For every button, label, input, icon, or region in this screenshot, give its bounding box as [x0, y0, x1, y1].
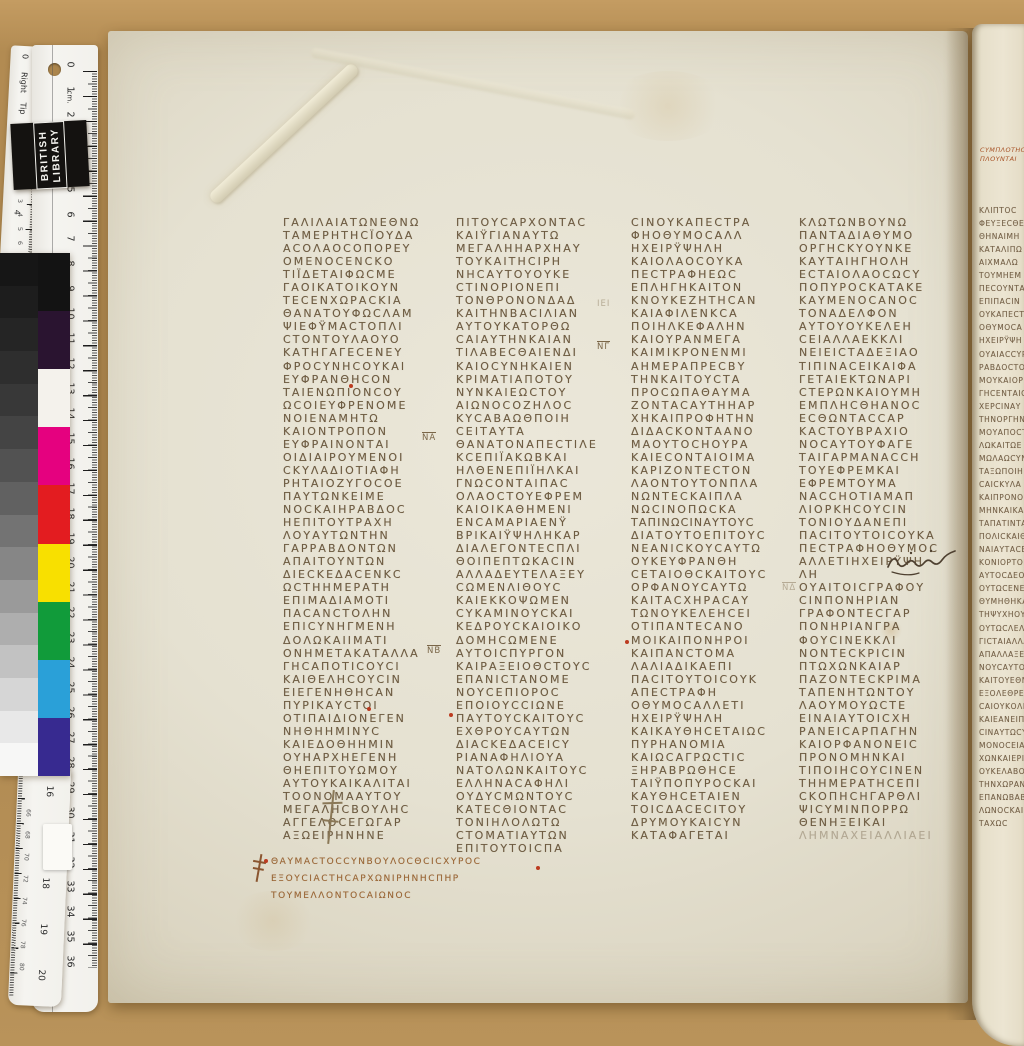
text-line: ΕCΘΩΝΤΑCCΑΡ — [799, 412, 939, 425]
ruler-number-glyph: 19 — [38, 923, 48, 935]
ruler-number-glyph: 6 — [16, 241, 24, 245]
ruler-fragment-big-numbers: 1617181920 — [33, 786, 54, 1016]
text-line: ΦΕΥΞΕCΘΕ — [979, 217, 1024, 230]
text-line: ΑΥΤΟΙCΠΥΡΓΟΝ — [456, 647, 598, 660]
text-line: ΠΑΥΤΩΝΚΕΙΜΕ — [283, 490, 420, 503]
text-line: ΦΡΟCΥΝΗCΟΥΚΑΙ — [283, 360, 420, 373]
color-swatch — [0, 711, 38, 744]
text-line: ΚΛΙΠΤΟC — [979, 204, 1024, 217]
text-line: ΝΗΘΗΗΜΙΝΥC — [283, 725, 420, 738]
folio-red-gloss: CΥΜΠΛΟΤΗCΠΛΟΥΝΤΑΙ — [980, 146, 1024, 164]
text-line: ΝΑΙΑΥΤΑCΕΙC — [979, 543, 1024, 556]
text-line: CΩΜΕΝΛΙΘΟΥC — [456, 581, 598, 594]
text-line: ΤΙΠΟΙΗCΟΥCΙΝΕΝ — [799, 764, 939, 777]
text-line: ΔΙΑCΚΕΔΑCΕΙCΥ — [456, 738, 598, 751]
text-line: ΟΡΦΑΝΟΥCΑΥΤΩ — [631, 581, 767, 594]
arabic-cursive-note — [884, 545, 958, 581]
text-column-1: ΓΑΛΙΛΑΙΑΤΩΝΕΘΝΩΤΑΜΕΡΗΤΗCΪΟΥΔΑΑCΟΛΑΟCΟΠΟΡ… — [283, 216, 420, 842]
color-swatch — [38, 485, 70, 543]
text-line: ΕΧΘΡΟΥCΑΥΤΩΝ — [456, 725, 598, 738]
text-line: CΕΤΑΙΟΘCΚΑΙΤΟΥC — [631, 568, 767, 581]
text-line: CΕΙΑΛΛΑΕΚΚΛΙ — [799, 333, 939, 346]
text-line: ΤΑΠΑΤΙΝΤΑC — [979, 517, 1024, 530]
text-line: ΨΙΕΦΫΜΑCΤΟΠΛΙ — [283, 320, 420, 333]
text-line: CΤΙΝΟΡΙΟΝΕΠΙ — [456, 281, 598, 294]
text-line: ΩCΟΙΕΥΦΡΕΝΟΜΕ — [283, 399, 420, 412]
text-line: ΕΠΑΝΩΒΑΒΥ — [979, 791, 1024, 804]
text-line: ΤΑΙΓΑΡΜΑΝΑCCΗ — [799, 451, 939, 464]
text-line: ΑΠΑΙΤΟΥΝΤΩΝ — [283, 555, 420, 568]
text-line: ΛΩΝΟCΚΑΙ — [979, 804, 1024, 817]
ruler-number-glyph: 20 — [36, 969, 46, 981]
text-line: ΚΑΙΩCΑΓΡΩCΤΙC — [631, 751, 767, 764]
text-line: ΟΥΤΩCΛΕΛΟ — [979, 622, 1024, 635]
text-line: ΓΙCΤΑΙΑΛΛΑ — [979, 635, 1024, 648]
ruler-number: 36 — [60, 956, 80, 981]
text-line: ΚΑΥΜΕΝΟCΑΝΟC — [799, 294, 939, 307]
ruler-number-glyph: 35 — [65, 931, 76, 943]
text-line: ΛΑΟΝΤΟΥΤΟΝΠΛΑ — [631, 477, 767, 490]
ruler-number-glyph: 80 — [18, 963, 25, 971]
text-line: ΔΙΕCΚΕΔΑCΕΝΚC — [283, 568, 420, 581]
text-line: ΚΛΩΤΩΝΒΟΥΝΩ — [799, 216, 939, 229]
color-swatch — [0, 547, 38, 580]
text-line: ΝΟΥCΑΥΤΟΥ — [979, 661, 1024, 674]
text-line: ΔΙΔΑCΚΟΝΤΑΑΝΟ — [631, 425, 767, 438]
text-line: ΩCΤΗΗΜΕΡΑΤΗ — [283, 581, 420, 594]
color-calibration-chart — [0, 253, 70, 776]
text-line: CΤΕΡΩΝΚΑΙΟΥΜΗ — [799, 386, 939, 399]
ruler-number-glyph: Tip — [18, 102, 28, 114]
text-line: ΠΑCΑΝCΤΟΛΗΝ — [283, 607, 420, 620]
text-line: ΛΑΛΙΑΔΙΚΑΕΠΙ — [631, 660, 767, 673]
text-line: ΤΗΝΟΡΓΗΝ — [979, 413, 1024, 426]
text-line: ΓΑΟΙΚΑΤΟΙΚΟΥΝ — [283, 281, 420, 294]
red-ink-dot — [449, 713, 453, 717]
ruler-number: 78 — [18, 941, 27, 963]
text-line: ΤΗΗΜΕΡΑΤΗCΕΠΙ — [799, 777, 939, 790]
text-line: ΕΙΝΑΙΑΥΤΟΙCΧΗ — [799, 712, 939, 725]
text-line: ΤΟΝΑΔΕΛΦΟΝ — [799, 307, 939, 320]
text-line: ΝΟΝΤΕCΚΡΙCΙΝ — [799, 647, 939, 660]
text-column-3: CΙΝΟΥΚΑΠΕCΤΡΑΦΗΟΘΥΜΟCΑΛΛΗΧΕΙΡΫΨΗΛΗΚΑΙΟΛΑ… — [631, 216, 767, 842]
text-line: ΧΗΚΑΙΠΡΟΦΗΤΗΝ — [631, 412, 767, 425]
text-line: ΘΕΝΗΞΕΙΚΑΙ — [799, 816, 939, 829]
ruler-number: 3 — [18, 197, 22, 211]
text-line: ΚΑΤΑΛΙΠΩ — [979, 243, 1024, 256]
color-swatch — [0, 318, 38, 351]
text-line: ΑΞΩΕΙΡΗΝΗΝΕ — [283, 829, 420, 842]
text-line: ΚΑΤΑΦΑΓΕΤΑΙ — [631, 829, 767, 842]
ruler-number-glyph: 0 — [64, 61, 75, 67]
text-line: ΚΝΟΥΚΕΖΗΤΗCΑΝ — [631, 294, 767, 307]
red-ink-dot — [625, 640, 629, 644]
color-swatch — [0, 253, 38, 286]
red-ink-dot — [349, 384, 353, 388]
text-line: ΝΩΝΤΕCΚΑΙΠΛΑ — [631, 490, 767, 503]
folio-text-column: ΚΛΙΠΤΟCΦΕΥΞΕCΘΕΘΗΝΑΙΜΗΚΑΤΑΛΙΠΩΑΙΧΜΑΛΩΤΟΥ… — [979, 204, 1024, 830]
color-swatch — [38, 369, 70, 427]
text-line: ΟΜΕΝΟCΕΝCΚΟ — [283, 255, 420, 268]
text-line: ΚΑΙΡΑΞΕΙΟΘCΤΟΥC — [456, 660, 598, 673]
ruler-number: 6 — [18, 239, 22, 253]
ruler-number: 20 — [33, 970, 46, 1016]
text-line: ΠΟΙΗΛΚΕΦΑΛΗΝ — [631, 320, 767, 333]
ruler-number: 74 — [20, 897, 29, 919]
text-line: ΚΑΙΫΓΙΑΝΑΥΤΩ — [456, 229, 598, 242]
text-line: ΤΙΛΑΒΕCΘΑΙΕΝΔΙ — [456, 346, 598, 359]
text-line: ΚΑΥΤΑΙΗΓΗΟΛΗ — [799, 255, 939, 268]
parchment-crease — [310, 48, 636, 121]
text-line: ΖΟΝΤΑCΑΥΤΗΗΑΡ — [631, 399, 767, 412]
text-line: ΚΑΙΟΙΚΑΘΗΜΕΝΙ — [456, 503, 598, 516]
text-line: ΚΑCΤΟΥΒΡΑΧΙΟ — [799, 425, 939, 438]
ruler-number-glyph: 16 — [44, 785, 54, 797]
color-swatch — [38, 544, 70, 602]
text-line: ΒΡΙΚΑΙΫΨΗΛΗΚΑΡ — [456, 529, 598, 542]
text-line: ΑΙΧΜΑΛΩ — [979, 256, 1024, 269]
section-number-na: ΝΑ — [422, 432, 436, 443]
text-line: ΓΗCΑΠΟΤΙCΟΥCΙ — [283, 660, 420, 673]
text-line: ΟΤΙΠΑΝΤΕCΑΝΟ — [631, 620, 767, 633]
text-line: ΤΟΝΙΗΛΟΛΩΤΩ — [456, 816, 598, 829]
text-line: ΟΥΚΕΥΦΡΑΝΘΗ — [631, 555, 767, 568]
text-column-2: ΠΙΤΟΥCΑΡΧΟΝΤΑCΚΑΙΫΓΙΑΝΑΥΤΩΜΕΓΑΛΗΗΑΡΧΗΑΥΤ… — [456, 216, 598, 855]
text-line: ΘΑΥΜΑCΤΟCCΥΝΒΟΥΛΟCΘCΙCΧΥΡΟC — [271, 854, 482, 871]
text-line: ΚΑΙΟΛΑΟCΟΥΚΑ — [631, 255, 767, 268]
ruler-number-glyph: 72 — [22, 875, 29, 883]
text-line: ΚΑΙΕΚΚΟΨΩΜΕΝ — [456, 594, 598, 607]
ruler-number-glyph: 76 — [20, 919, 27, 927]
section-number-ng: ΝΓ — [597, 341, 610, 352]
ruler-number: 18 — [37, 878, 50, 924]
text-line: ΑΓΓΕΛΟCΕΓΩΓΑΡ — [283, 816, 420, 829]
text-line: ΚΑΙΠΑΝCΤΟΜΑ — [631, 647, 767, 660]
british-library-label: BRITISH LIBRARY — [10, 120, 89, 190]
text-line: ΚΑΙΕΔΟΘΗΗΜΙΝ — [283, 738, 420, 751]
text-line: ΤΟΟΝΟΜΑΑΥΤΟΥ — [283, 790, 420, 803]
text-line: ΠΑCΙΤΟΥΤΟΙCΟΥΚΑ — [799, 529, 939, 542]
color-swatch — [38, 602, 70, 660]
text-line: ΡΑΒΔΟCΤΟΥ — [979, 361, 1024, 374]
ruler-number-glyph: 70 — [23, 853, 30, 861]
text-line: ΕCΤΑΙΟΛΑΟCΩCΥ — [799, 268, 939, 281]
text-line: ΚΑΙΠΡΟΝΟ — [979, 491, 1024, 504]
ruler-number-glyph: 74 — [21, 897, 28, 905]
text-line: ΤΟΥΚΑΙΤΗCΙΡΗ — [456, 255, 598, 268]
text-line: ΔΟΛΩΚΑΙΙΜΑΤΙ — [283, 634, 420, 647]
ruler-number-glyph: 34 — [65, 906, 76, 918]
text-line: ΤΑΞΩΠΟΙΗ — [979, 465, 1024, 478]
text-line: CΑΙΟΥΚΟΛΙΓΑ — [979, 700, 1024, 713]
text-line: ΑΗΜΕΡΑΠΡΕCΒΥ — [631, 360, 767, 373]
text-line: ΡΑΝΕΙCΑΡΠΑΓΗΝ — [799, 725, 939, 738]
text-line: ΤΟΝΘΡΟΝΟΝΔΑΔ — [456, 294, 598, 307]
text-line: ΝΕΙΕΙCΤΑΔΕΞΙΑΟ — [799, 346, 939, 359]
text-line: ΠΑΥΤΟΥCΚΑΙΤΟΥC — [456, 712, 598, 725]
text-line: ΡΙΑΝΑΦΗΛΙΟΥΑ — [456, 751, 598, 764]
text-line: ΟΤΙΠΑΙΔΙΟΝΕΓΕΝ — [283, 712, 420, 725]
text-line: ΤΟΝΙΟΥΔΑΝΕΠΙ — [799, 516, 939, 529]
color-swatch — [0, 384, 38, 417]
color-swatch — [0, 482, 38, 515]
text-line: ΟΥΚΑΠΕCΤ — [979, 308, 1024, 321]
text-line: ΟΡΓΗCΚΥΟΥΝΚΕ — [799, 242, 939, 255]
text-line: ΤΗΝΧΩΡΑΝ — [979, 778, 1024, 791]
text-line: ΠΛΟΥΝΤΑΙ — [980, 155, 1024, 164]
adjacent-folio-edge: CΥΜΠΛΟΤΗCΠΛΟΥΝΤΑΙ ΚΛΙΠΤΟCΦΕΥΞΕCΘΕΘΗΝΑΙΜΗ… — [972, 24, 1024, 1046]
text-line: ΘΟΙΠΕΠΤΩΚΑCΙΝ — [456, 555, 598, 568]
color-swatch — [0, 613, 38, 646]
text-line: ΘΥΜΗΘΗΚΑΙ — [979, 595, 1024, 608]
text-line: ΚΑΙΟΥΡΑΝΜΕΓΑ — [631, 333, 767, 346]
text-line: ΤΩΝΟΥΚΕΛΕΗCΕΙ — [631, 607, 767, 620]
text-line: ΛΗΜΝΑΧΕΙΑΛΛΙΑΕΙ — [799, 829, 939, 842]
text-line: ΠΟΛΙCΚΑΙΘΙ — [979, 530, 1024, 543]
text-line: ΓΕΤΑΙΕΚΤΩΝΑΡΙ — [799, 373, 939, 386]
text-line: ΠΕCΟΥΝΤΑΙ — [979, 282, 1024, 295]
text-line: ΜΟΥΚΑΙΟΡ — [979, 374, 1024, 387]
text-line: ΝΩCΙΝΟΠΩCΚΑ — [631, 503, 767, 516]
text-line: ΜΗΝΚΑΙΚΑ — [979, 504, 1024, 517]
ruler-number-glyph: 18 — [40, 877, 50, 889]
ruler-number-glyph: Right — [19, 72, 29, 94]
text-line: ΚΑΙΟCΥΝΗΚΑΙΕΝ — [456, 360, 598, 373]
ruler-number-glyph: 5 — [16, 227, 24, 231]
text-line: ΧΕΡCΙΝΑΥ — [979, 400, 1024, 413]
text-line: ΠΥΡΙΚΑΥCΤΟΙ — [283, 699, 420, 712]
color-swatch — [0, 580, 38, 613]
ruler-join-tab — [43, 824, 72, 870]
color-patch-strip — [38, 253, 70, 776]
ruler-number-glyph: 4 — [16, 213, 24, 217]
ruler-number-glyph: 2 — [64, 111, 75, 117]
color-swatch — [38, 311, 70, 369]
text-line: CΙΝΑΥΤΩCΥ — [979, 726, 1024, 739]
text-line: ΟΥΑΙΑCCΥΡΙ — [979, 348, 1024, 361]
text-line: ΝΑΤΟΛΩΝΚΑΙΤΟΥC — [456, 764, 598, 777]
text-line: ΚΑΙΤΗΝΒΑCΙΛΙΑΝ — [456, 307, 598, 320]
text-line: ΧΩΝΚΑΙΕΡΙ — [979, 752, 1024, 765]
text-line: ΘΗΕΠΙΤΟΥΩΜΟΥ — [283, 764, 420, 777]
text-line: ΚΑΤΕCΘΙΟΝΤΑC — [456, 803, 598, 816]
text-line: ΑΠΑΛΛΑΞΕΙΟ — [979, 648, 1024, 661]
text-line: ΝΗCΑΥΤΟΥΟΥΚΕ — [456, 268, 598, 281]
text-line: ΤΗΨΥΧΗΟΥΧ — [979, 608, 1024, 621]
text-line: ΕΝCΑΜΑΡΙΑΕΝΫ — [456, 516, 598, 529]
photographed-manuscript-scene: ΓΑΛΙΛΑΙΑΤΩΝΕΘΝΩΤΑΜΕΡΗΤΗCΪΟΥΔΑΑCΟΛΑΟCΟΠΟΡ… — [0, 0, 1024, 1046]
ruler-number-glyph: 68 — [23, 831, 30, 839]
text-line: CΙΝΠΟΝΗΡΙΑΝ — [799, 594, 939, 607]
text-line: ΦΗΟΘΥΜΟCΑΛΛ — [631, 229, 767, 242]
text-line: ΤΙΪΔΕΤΑΙΦΩCΜΕ — [283, 268, 420, 281]
text-line: ΔΙΑΛΕΓΟΝΤΕCΠΛΙ — [456, 542, 598, 555]
text-line: CΤΟΝΤΟΥΛΑΟΥΟ — [283, 333, 420, 346]
text-line: ΤΑΙΫΠΟΠΥΡΟCΚΑΙ — [631, 777, 767, 790]
text-line: CΤΟΜΑΤΙΑΥΤΩΝ — [456, 829, 598, 842]
text-line: ΚCΕΠΙΪΑΚΩΒΚΑΙ — [456, 451, 598, 464]
text-line: ΗΛΘΕΝΕΠΙΪΗΛΚΑΙ — [456, 464, 598, 477]
text-line: ΤΟΥΕΦΡΕΜΚΑΙ — [799, 464, 939, 477]
parchment-stain — [608, 71, 728, 141]
text-line: ΔΡΥΜΟΥΚΑΙCΥΝ — [631, 816, 767, 829]
text-line: ΡΗΤΑΙΟΖΥΓΟCΟΕ — [283, 477, 420, 490]
text-line: ΑΥΤΟΥΚΑΤΟΡΘΩ — [456, 320, 598, 333]
color-swatch — [0, 416, 38, 449]
color-swatch — [0, 449, 38, 482]
text-line: ΑCΟΛΑΟCΟΠΟΡΕΥ — [283, 242, 420, 255]
text-line: ΟΥΚΕΛΑΒΟΝ — [979, 765, 1024, 778]
color-swatch — [0, 645, 38, 678]
color-swatch — [38, 718, 70, 776]
text-line: ΤΑΠΕΝΗΤΩΝΤΟΥ — [799, 686, 939, 699]
text-line: ΚΑΤΗΓΑΓΕCΕΝΕΥ — [283, 346, 420, 359]
text-line: ΟΙΔΙΑΙΡΟΥΜΕΝΟΙ — [283, 451, 420, 464]
ruler-number: 19 — [35, 924, 48, 970]
text-line: ΚΑΙΕCΟΝΤΑΙΟΙΜΑ — [631, 451, 767, 464]
text-line: ΠΟΝΗΡΙΑΝΓΡΑ — [799, 620, 939, 633]
ruler-number-glyph: 78 — [19, 941, 26, 949]
ruler-number-glyph: 7 — [64, 236, 75, 242]
text-line: ΛΑΟΥΜΟΥΩCΤΕ — [799, 699, 939, 712]
color-swatch — [38, 660, 70, 718]
text-line: ΜΕΓΑΛΗΗΑΡΧΗΑΥ — [456, 242, 598, 255]
text-line: ΑΥΤΟΥΚΑΙΚΑΛΙΤΑΙ — [283, 777, 420, 790]
ruler-number: 66 — [23, 809, 32, 831]
color-swatch — [0, 286, 38, 319]
text-line: CΚΥΛΑΔΙΟΤΙΑΦΗ — [283, 464, 420, 477]
ruler-number: 70 — [22, 853, 31, 875]
text-line: ΟΘΥΜΟCΑ — [979, 321, 1024, 334]
text-line: ΝΕΑΝΙCΚΟΥCΑΥΤΩ — [631, 542, 767, 555]
text-line: ΠΡΟCΩΠΑΘΑΥΜΑ — [631, 386, 767, 399]
text-line: ΠΤΩΧΩΝΚΑΙΑΡ — [799, 660, 939, 673]
text-line: ΗΧΕΙΡΫΨΗΛΗ — [631, 242, 767, 255]
text-line: ΠΙΤΟΥCΑΡΧΟΝΤΑC — [456, 216, 598, 229]
text-line: ΤΟΙCΔΑCΕCΙΤΟΥ — [631, 803, 767, 816]
text-line: ΓΑΛΙΛΑΙΑΤΩΝΕΘΝΩ — [283, 216, 420, 229]
text-line: ΛΟΥΑΥΤΩΝΤΗΝ — [283, 529, 420, 542]
text-line: ΤΑΧΩC — [979, 817, 1024, 830]
text-line: ΚΡΙΜΑΤΙΑΠΟΤΟΥ — [456, 373, 598, 386]
text-line: ΠΑΖΟΝΤΕCΚΡΙΜΑ — [799, 673, 939, 686]
ruler-number: 6 — [60, 209, 80, 234]
text-line: ΤΕCΕΝΧΩΡΑCΚΙΑ — [283, 294, 420, 307]
text-line: ΚΑΙΟΡΦΑΝΟΝΕΙC — [799, 738, 939, 751]
color-swatch — [38, 427, 70, 485]
ruler-number: 76 — [19, 919, 28, 941]
ruler-number-glyph: 0 — [20, 54, 29, 60]
red-ink-dot — [367, 707, 371, 711]
text-line: ΚΑΙΕΑΝΕΙΠΩ — [979, 713, 1024, 726]
text-line: ΕΠΛΗΓΗΚΑΙΤΟΝ — [631, 281, 767, 294]
text-line: ΑΥΤΟCΔΕΟΥΧ — [979, 569, 1024, 582]
text-line: ΜΕΓΑΛΗCΒΟΥΛΗC — [283, 803, 420, 816]
text-line: ΚΑΙΤΟΥΕΘΝΗ — [979, 674, 1024, 687]
text-line: ΚΑΙΤΑCΧΗΡΑCΑΥ — [631, 594, 767, 607]
text-line: ΚΥCΑΒΑΩΘΠΟΙΗ — [456, 412, 598, 425]
text-line: ΕΠΙΠΑCΙΝ — [979, 295, 1024, 308]
text-line: ΛΙΟΡΚΗCΟΥCΙΝ — [799, 503, 939, 516]
text-line: ΚΑΡΙΖΟΝΤΕCΤΟΝ — [631, 464, 767, 477]
text-line: ΕΠΟΙΟΥCCΙΩΝΕ — [456, 699, 598, 712]
text-line: ΜΑΟΥΤΟCΗΟΥΡΑ — [631, 438, 767, 451]
text-line: ΔΙΑΤΟΥΤΟΕΠΙΤΟΥC — [631, 529, 767, 542]
text-line: CΥΜΠΛΟΤΗC — [980, 146, 1024, 155]
ruler-number: 68 — [23, 831, 32, 853]
text-line: ΚΑΙΘΕΛΗCΟΥCΙΝ — [283, 673, 420, 686]
text-line: ΕΜΠΛΗCΘΗΑΝΟC — [799, 399, 939, 412]
ruler-number: 5 — [18, 225, 22, 239]
text-line: ΤΟΥΜΗΕΜ — [979, 269, 1024, 282]
text-line: ΠΡΟΝΟΜΗΝΚΑΙ — [799, 751, 939, 764]
british-library-label-text: BRITISH LIBRARY — [33, 121, 67, 189]
ruler-number-glyph: 36 — [65, 956, 76, 968]
text-line: ΓΑΡΡΑΒΔΟΝΤΩΝ — [283, 542, 420, 555]
text-line: ΟΥΔΥCΜΩΝΤΟΥC — [456, 790, 598, 803]
text-line: ΠΥΡΗΑΝΟΜΙΑ — [631, 738, 767, 751]
text-line: ΤΗΝΚΑΙΤΟΥCΤΑ — [631, 373, 767, 386]
text-line: ΑΠΕCΤΡΑΦΗ — [631, 686, 767, 699]
text-line: ΕΞΟΥCΙΑCΤΗCΑΡΧΩΝΙΡΗΝΗCΠΗΡ — [271, 871, 482, 888]
text-line: ΚΟΝΙΟΡΤΟΝ — [979, 556, 1024, 569]
text-line: ΚΕΔΡΟΥCΚΑΙΟΙΚΟ — [456, 620, 598, 633]
text-line: ΠΟΠΥΡΟCΚΑΤΑΚΕ — [799, 281, 939, 294]
text-line: ΝΥΝΚΑΙΕΩCΤΟΥ — [456, 386, 598, 399]
text-line: ΘΗΝΑΙΜΗ — [979, 230, 1024, 243]
text-line: ΜΟΝΟCΕΙΑΡ — [979, 739, 1024, 752]
text-line: ΚΑΙΚΑΥΘΗCΕΤΑΙΩC — [631, 725, 767, 738]
text-line: ΕΦΡΕΜΤΟΥΜΑ — [799, 477, 939, 490]
ruler-number-glyph: 6 — [64, 211, 75, 217]
text-line: ΕΠΙCΥΝΗΓΜΕΝΗ — [283, 620, 420, 633]
text-line: CΚΟΠΗCΗΓΑΡΘΛΙ — [799, 790, 939, 803]
text-line: ΑΥΤΟΥΟΥΚΕΛΕΗ — [799, 320, 939, 333]
text-column-4: ΚΛΩΤΩΝΒΟΥΝΩΠΑΝΤΑΔΙΑΘΥΜΟΟΡΓΗCΚΥΟΥΝΚΕΚΑΥΤΑ… — [799, 216, 939, 842]
text-line: ΕΥΦΡΑΙΝΟΝΤΑΙ — [283, 438, 420, 451]
text-line: ΟΛΑΟCΤΟΥΕΦΡΕΜ — [456, 490, 598, 503]
color-swatch — [0, 351, 38, 384]
parchment-crease — [208, 62, 360, 205]
text-line: ΘΑΝΑΤΟΥΦΩCΛΑΜ — [283, 307, 420, 320]
ruler-number: 80 — [17, 963, 26, 985]
text-line: ΔΟΜΗCΩΜΕΝΕ — [456, 634, 598, 647]
grayscale-step-strip — [0, 253, 38, 776]
text-line: ΛΩΚΑΙΤΩΕ — [979, 439, 1024, 452]
text-line: ΓΝΩCΟΝΤΑΙΠΑC — [456, 477, 598, 490]
text-line: ΓΗCΕΝΤΑΙC — [979, 387, 1024, 400]
lower-margin-note: ΘΑΥΜΑCΤΟCCΥΝΒΟΥΛΟCΘCΙCΧΥΡΟCΕΞΟΥCΙΑCΤΗCΑΡ… — [271, 854, 482, 905]
red-ink-dot — [264, 859, 268, 863]
text-line: ΤΟΥΜΕΛΛΟΝΤΟCΑΙΩΝΟC — [271, 888, 482, 905]
text-line: ΚΑΙΑΦΙΛΕΝΚCΑ — [631, 307, 767, 320]
faint-marginal-mark: ΙΕΙ — [597, 299, 610, 309]
ruler-number: 72 — [21, 875, 30, 897]
text-line: CΙΝΟΥΚΑΠΕCΤΡΑ — [631, 216, 767, 229]
text-line: ΝΑCCΗΟΤΙΑΜΑΠ — [799, 490, 939, 503]
ruler-unit-label: cm. — [65, 91, 73, 104]
section-number-nb: ΝΒ — [427, 645, 441, 656]
text-line: ΟΘΥΜΟCΑΛΛΕΤΙ — [631, 699, 767, 712]
text-line: ΗΧΕΙΡΫΨΗ — [979, 334, 1024, 347]
text-line: ΕΙΕΓΕΝΗΘΗCΑΝ — [283, 686, 420, 699]
text-line: ΟΥΤΩCΕΝΕ — [979, 582, 1024, 595]
text-line: ΗΕΠΙΤΟΥΤΡΑΧΗ — [283, 516, 420, 529]
text-line: ΤΑΜΕΡΗΤΗCΪΟΥΔΑ — [283, 229, 420, 242]
ruler-fragment-bottom: 6668707274767880 1617181920 — [8, 769, 71, 1007]
text-line: ΑΙΩΝΟCΟΖΗΛΟC — [456, 399, 598, 412]
text-line: ΕΞΟΛΕΘΡΕΥ — [979, 687, 1024, 700]
